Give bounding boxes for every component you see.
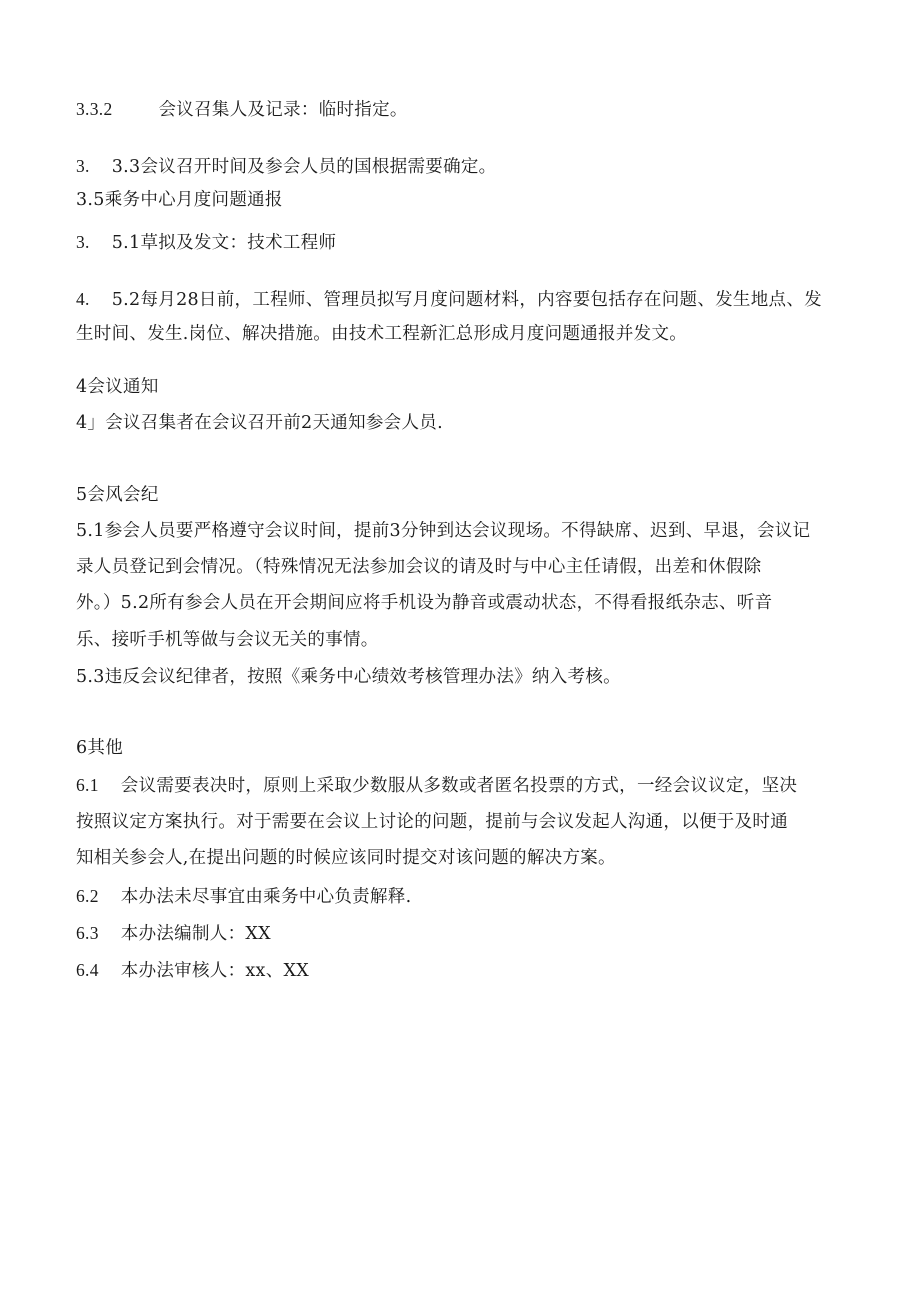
section-heading-text: 6其他 (76, 738, 123, 758)
clause-number: 6.3 (76, 921, 99, 945)
section-4-heading: 4会议通知 (76, 375, 836, 399)
clause-6-1: 6.1会议需要表决时，原则上采取少数服从多数或者匿名投票的方式，一经会议议定，坚… (76, 773, 836, 798)
clause-4-1: 4」会议召集者在会议召开前2天通知参会人员. (76, 411, 836, 435)
clause-6-1-continued-2: 知相关参会人,在提出问题的时候应该同时提交对该问题的解决方案。 (76, 846, 836, 870)
clause-6-2: 6.2本办法未尽事宜由乘务中心负责解释. (76, 884, 836, 909)
clause-5-2: 外。）5.2所有参会人员在开会期间应将手机设为静音或震动状态，不得看报纸杂志、听… (76, 591, 836, 615)
section-6-heading: 6其他 (76, 736, 836, 760)
clause-number: 4. (76, 287, 90, 311)
clause-3-5-1: 3.5.1草拟及发文：技术工程师 (76, 230, 836, 255)
clause-6-4: 6.4本办法审核人：xx、XX (76, 958, 836, 983)
clause-text: 乐、接听手机等做与会议无关的事情。 (76, 630, 379, 650)
section-3-5-heading: 3.5乘务中心月度问题通报 (76, 188, 836, 212)
clause-3-5-2-continued: 生时间、发生.岗位、解决措施。由技术工程新汇总形成月度问题通报并发文。 (76, 322, 836, 346)
clause-text: 按照议定方案执行。对于需要在会议上讨论的问题，提前与会议发起人沟通，以便于及时通 (76, 812, 788, 832)
clause-text: 会议召集人及记录：临时指定。 (159, 100, 408, 120)
clause-3-3-3: 3.3.3会议召开时间及参会人员的国根据需要确定。 (76, 154, 836, 179)
clause-5-2-continued: 乐、接听手机等做与会议无关的事情。 (76, 628, 836, 652)
clause-text: 本办法未尽事宜由乘务中心负责解释. (121, 887, 412, 907)
clause-text: 本办法审核人：xx、XX (121, 961, 309, 981)
clause-3-5-2: 4.5.2每月28日前，工程师、管理员拟写月度问题材料，内容要包括存在问题、发生… (76, 287, 836, 312)
clause-text: 本办法编制人：XX (121, 924, 271, 944)
clause-5-1-continued: 录人员登记到会情况。（特殊情况无法参加会议的请及时与中心主任请假，出差和休假除 (76, 555, 836, 579)
clause-number: 3. (76, 154, 90, 178)
clause-text: 会议需要表决时，原则上采取少数服从多数或者匿名投票的方式，一经会议议定，坚决 (121, 776, 797, 796)
clause-text: 录人员登记到会情况。（特殊情况无法参加会议的请及时与中心主任请假，出差和休假除 (76, 557, 761, 577)
section-5-heading: 5会风会纪 (76, 483, 836, 507)
section-heading-text: 3.5乘务中心月度问题通报 (76, 190, 283, 210)
clause-number: 3. (76, 230, 90, 254)
clause-6-3: 6.3本办法编制人：XX (76, 921, 836, 946)
section-heading-text: 5会风会纪 (76, 485, 159, 505)
clause-text: 5.3违反会议纪律者，按照《乘务中心绩效考核管理办法》纳入考核。 (76, 667, 621, 687)
clause-text: 3.3会议召开时间及参会人员的国根据需要确定。 (112, 157, 497, 177)
section-heading-text: 4会议通知 (76, 377, 159, 397)
clause-number: 6.1 (76, 773, 99, 797)
clause-number: 3.3.2 (76, 97, 113, 121)
clause-text: 外。）5.2所有参会人员在开会期间应将手机设为静音或震动状态，不得看报纸杂志、听… (76, 593, 772, 613)
clause-5-1: 5.1参会人员要严格遵守会议时间，提前3分钟到达会议现场。不得缺席、迟到、早退，… (76, 519, 836, 543)
clause-text: 生时间、发生.岗位、解决措施。由技术工程新汇总形成月度问题通报并发文。 (76, 324, 687, 344)
clause-6-1-continued: 按照议定方案执行。对于需要在会议上讨论的问题，提前与会议发起人沟通，以便于及时通 (76, 810, 836, 834)
clause-text: 5.1参会人员要严格遵守会议时间，提前3分钟到达会议现场。不得缺席、迟到、早退，… (76, 521, 810, 541)
clause-text: 知相关参会人,在提出问题的时候应该同时提交对该问题的解决方案。 (76, 848, 616, 868)
clause-text: 5.2每月28日前，工程师、管理员拟写月度问题材料，内容要包括存在问题、发生地点… (112, 290, 822, 310)
clause-3-3-2: 3.3.2会议召集人及记录：临时指定。 (76, 97, 836, 122)
clause-text: 4」会议召集者在会议召开前2天通知参会人员. (76, 413, 443, 433)
clause-number: 6.4 (76, 958, 99, 982)
clause-number: 6.2 (76, 884, 99, 908)
clause-text: 5.1草拟及发文：技术工程师 (112, 233, 337, 253)
document-page: 3.3.2会议召集人及记录：临时指定。 3.3.3会议召开时间及参会人员的国根据… (0, 0, 920, 1301)
clause-5-3: 5.3违反会议纪律者，按照《乘务中心绩效考核管理办法》纳入考核。 (76, 665, 836, 689)
